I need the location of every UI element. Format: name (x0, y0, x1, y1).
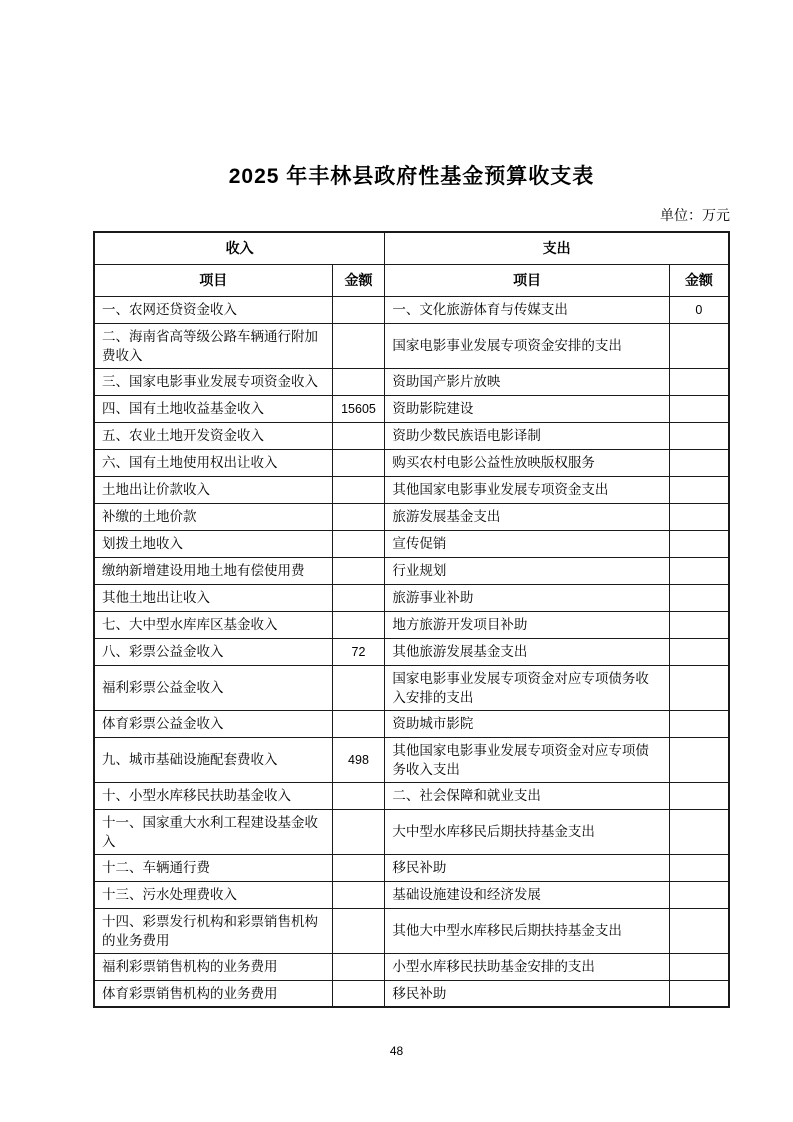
table-row: 其他土地出让收入 旅游事业补助 (94, 584, 729, 611)
expenditure-amount-cell (669, 449, 729, 476)
table-row: 六、国有土地使用权出让收入 购买农村电影公益性放映版权服务 (94, 449, 729, 476)
revenue-item-cell: 划拨土地收入 (94, 530, 332, 557)
revenue-amount-cell (332, 584, 385, 611)
table-row: 七、大中型水库库区基金收入 地方旅游开发项目补助 (94, 611, 729, 638)
expenditure-item-cell: 基础设施建设和经济发展 (385, 881, 669, 908)
expenditure-item-cell: 国家电影事业发展专项资金安排的支出 (385, 323, 669, 368)
revenue-item-cell: 一、农网还贷资金收入 (94, 296, 332, 323)
table-row: 四、国有土地收益基金收入 15605 资助影院建设 (94, 395, 729, 422)
revenue-amount-cell (332, 368, 385, 395)
expenditure-amount-cell (669, 530, 729, 557)
table-row: 福利彩票公益金收入 国家电影事业发展专项资金对应专项债务收入安排的支出 (94, 665, 729, 710)
expenditure-amount-cell (669, 323, 729, 368)
expenditure-item-cell: 宣传促销 (385, 530, 669, 557)
expenditure-item-cell: 旅游发展基金支出 (385, 503, 669, 530)
revenue-item-cell: 七、大中型水库库区基金收入 (94, 611, 332, 638)
expenditure-amount-cell (669, 557, 729, 584)
expenditure-item-header: 项目 (385, 264, 669, 296)
revenue-amount-cell (332, 809, 385, 854)
table-row: 九、城市基础设施配套费收入 498 其他国家电影事业发展专项资金对应专项债务收入… (94, 737, 729, 782)
budget-table: 收入 支出 项目 金额 项目 金额 一、农网还贷资金收入 一、文化旅游体育与传媒… (93, 231, 730, 1008)
table-row: 十三、污水处理费收入 基础设施建设和经济发展 (94, 881, 729, 908)
table-row: 十二、车辆通行费 移民补助 (94, 854, 729, 881)
table-column-header-row: 项目 金额 项目 金额 (94, 264, 729, 296)
revenue-item-cell: 十四、彩票发行机构和彩票销售机构的业务费用 (94, 908, 332, 953)
expenditure-amount-header: 金额 (669, 264, 729, 296)
revenue-amount-cell (332, 503, 385, 530)
revenue-item-cell: 十、小型水库移民扶助基金收入 (94, 782, 332, 809)
table-row: 土地出让价款收入 其他国家电影事业发展专项资金支出 (94, 476, 729, 503)
revenue-item-cell: 福利彩票公益金收入 (94, 665, 332, 710)
expenditure-amount-cell: 0 (669, 296, 729, 323)
expenditure-amount-cell (669, 710, 729, 737)
revenue-amount-header: 金额 (332, 264, 385, 296)
expenditure-group-header: 支出 (385, 232, 729, 264)
revenue-amount-cell (332, 476, 385, 503)
revenue-amount-cell: 15605 (332, 395, 385, 422)
revenue-item-cell: 十三、污水处理费收入 (94, 881, 332, 908)
revenue-amount-cell (332, 611, 385, 638)
revenue-item-cell: 土地出让价款收入 (94, 476, 332, 503)
table-row: 缴纳新增建设用地土地有偿使用费 行业规划 (94, 557, 729, 584)
expenditure-item-cell: 其他国家电影事业发展专项资金对应专项债务收入支出 (385, 737, 669, 782)
revenue-amount-cell (332, 296, 385, 323)
expenditure-item-cell: 购买农村电影公益性放映版权服务 (385, 449, 669, 476)
expenditure-item-cell: 国家电影事业发展专项资金对应专项债务收入安排的支出 (385, 665, 669, 710)
table-row: 一、农网还贷资金收入 一、文化旅游体育与传媒支出 0 (94, 296, 729, 323)
revenue-item-cell: 福利彩票销售机构的业务费用 (94, 953, 332, 980)
expenditure-item-cell: 其他旅游发展基金支出 (385, 638, 669, 665)
revenue-amount-cell (332, 449, 385, 476)
revenue-item-cell: 二、海南省高等级公路车辆通行附加费收入 (94, 323, 332, 368)
revenue-amount-cell (332, 854, 385, 881)
revenue-amount-cell (332, 782, 385, 809)
table-row: 三、国家电影事业发展专项资金收入 资助国产影片放映 (94, 368, 729, 395)
expenditure-amount-cell (669, 854, 729, 881)
document-page: 2025 年丰林县政府性基金预算收支表 单位：万元 收入 支出 项目 金额 项目… (0, 0, 793, 1122)
revenue-amount-cell: 498 (332, 737, 385, 782)
expenditure-amount-cell (669, 908, 729, 953)
table-row: 体育彩票公益金收入 资助城市影院 (94, 710, 729, 737)
revenue-amount-cell (332, 881, 385, 908)
expenditure-amount-cell (669, 782, 729, 809)
table-row: 十一、国家重大水利工程建设基金收入 大中型水库移民后期扶持基金支出 (94, 809, 729, 854)
expenditure-item-cell: 行业规划 (385, 557, 669, 584)
revenue-item-cell: 其他土地出让收入 (94, 584, 332, 611)
revenue-item-cell: 十一、国家重大水利工程建设基金收入 (94, 809, 332, 854)
expenditure-amount-cell (669, 638, 729, 665)
page-number: 48 (0, 1044, 793, 1058)
revenue-item-cell: 体育彩票销售机构的业务费用 (94, 980, 332, 1007)
table-group-header-row: 收入 支出 (94, 232, 729, 264)
unit-label: 单位：万元 (93, 205, 730, 225)
revenue-amount-cell (332, 908, 385, 953)
expenditure-amount-cell (669, 422, 729, 449)
revenue-item-cell: 四、国有土地收益基金收入 (94, 395, 332, 422)
revenue-item-header: 项目 (94, 264, 332, 296)
expenditure-item-cell: 资助城市影院 (385, 710, 669, 737)
revenue-amount-cell (332, 665, 385, 710)
revenue-item-cell: 三、国家电影事业发展专项资金收入 (94, 368, 332, 395)
expenditure-amount-cell (669, 980, 729, 1007)
revenue-amount-cell: 72 (332, 638, 385, 665)
revenue-amount-cell (332, 710, 385, 737)
revenue-amount-cell (332, 530, 385, 557)
revenue-item-cell: 九、城市基础设施配套费收入 (94, 737, 332, 782)
revenue-amount-cell (332, 953, 385, 980)
table-row: 五、农业土地开发资金收入 资助少数民族语电影译制 (94, 422, 729, 449)
revenue-item-cell: 六、国有土地使用权出让收入 (94, 449, 332, 476)
revenue-item-cell: 缴纳新增建设用地土地有偿使用费 (94, 557, 332, 584)
revenue-amount-cell (332, 422, 385, 449)
revenue-item-cell: 十二、车辆通行费 (94, 854, 332, 881)
expenditure-amount-cell (669, 809, 729, 854)
page-title: 2025 年丰林县政府性基金预算收支表 (93, 0, 730, 190)
revenue-amount-cell (332, 323, 385, 368)
expenditure-amount-cell (669, 368, 729, 395)
expenditure-amount-cell (669, 503, 729, 530)
expenditure-amount-cell (669, 737, 729, 782)
revenue-item-cell: 八、彩票公益金收入 (94, 638, 332, 665)
expenditure-amount-cell (669, 611, 729, 638)
expenditure-item-cell: 二、社会保障和就业支出 (385, 782, 669, 809)
table-row: 十四、彩票发行机构和彩票销售机构的业务费用 其他大中型水库移民后期扶持基金支出 (94, 908, 729, 953)
expenditure-amount-cell (669, 476, 729, 503)
expenditure-amount-cell (669, 665, 729, 710)
table-row: 福利彩票销售机构的业务费用 小型水库移民扶助基金安排的支出 (94, 953, 729, 980)
expenditure-item-cell: 小型水库移民扶助基金安排的支出 (385, 953, 669, 980)
expenditure-item-cell: 移民补助 (385, 854, 669, 881)
revenue-item-cell: 体育彩票公益金收入 (94, 710, 332, 737)
expenditure-item-cell: 大中型水库移民后期扶持基金支出 (385, 809, 669, 854)
expenditure-amount-cell (669, 881, 729, 908)
revenue-amount-cell (332, 557, 385, 584)
expenditure-item-cell: 一、文化旅游体育与传媒支出 (385, 296, 669, 323)
expenditure-item-cell: 旅游事业补助 (385, 584, 669, 611)
expenditure-item-cell: 地方旅游开发项目补助 (385, 611, 669, 638)
revenue-item-cell: 补缴的土地价款 (94, 503, 332, 530)
table-row: 划拨土地收入 宣传促销 (94, 530, 729, 557)
expenditure-amount-cell (669, 395, 729, 422)
expenditure-item-cell: 资助影院建设 (385, 395, 669, 422)
table-row: 二、海南省高等级公路车辆通行附加费收入 国家电影事业发展专项资金安排的支出 (94, 323, 729, 368)
expenditure-item-cell: 其他国家电影事业发展专项资金支出 (385, 476, 669, 503)
expenditure-item-cell: 资助国产影片放映 (385, 368, 669, 395)
expenditure-amount-cell (669, 953, 729, 980)
expenditure-amount-cell (669, 584, 729, 611)
table-row: 体育彩票销售机构的业务费用 移民补助 (94, 980, 729, 1007)
revenue-item-cell: 五、农业土地开发资金收入 (94, 422, 332, 449)
revenue-amount-cell (332, 980, 385, 1007)
expenditure-item-cell: 其他大中型水库移民后期扶持基金支出 (385, 908, 669, 953)
table-row: 补缴的土地价款 旅游发展基金支出 (94, 503, 729, 530)
revenue-group-header: 收入 (94, 232, 385, 264)
table-row: 十、小型水库移民扶助基金收入 二、社会保障和就业支出 (94, 782, 729, 809)
expenditure-item-cell: 移民补助 (385, 980, 669, 1007)
expenditure-item-cell: 资助少数民族语电影译制 (385, 422, 669, 449)
table-row: 八、彩票公益金收入 72 其他旅游发展基金支出 (94, 638, 729, 665)
